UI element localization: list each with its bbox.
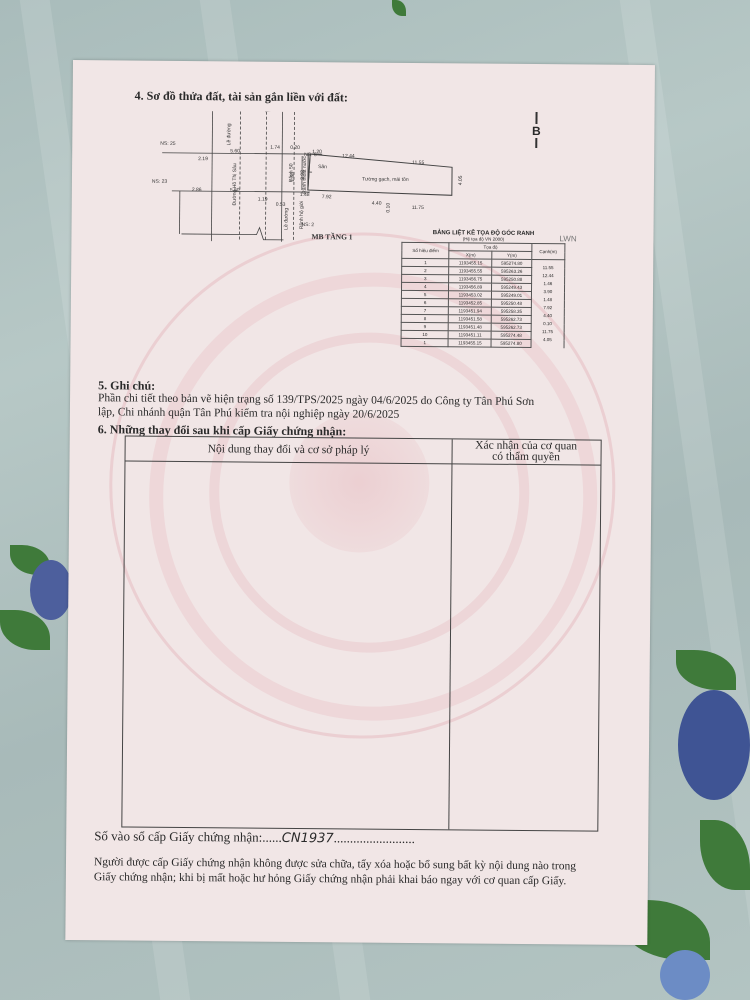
column-divider — [448, 439, 452, 829]
cert-number-line: Số vào sổ cấp Giấy chứng nhận:......CN19… — [94, 828, 415, 848]
plan-label: MB TẦNG 1 — [311, 232, 352, 241]
coordinate-table-block: BẢNG LIỆT KÊ TỌA ĐỘ GÓC RANH (Hệ tọa độ … — [401, 230, 566, 348]
dim-label: 1.74 — [270, 145, 280, 151]
changes-col-confirmation: Xác nhận của cơ quan có thẩm quyền — [451, 439, 600, 464]
cell-y: 595274.80 — [491, 339, 530, 347]
parcel-drawing — [161, 111, 522, 244]
dim-label: 12.44 — [342, 153, 355, 159]
cell-edge: 1.48 — [531, 296, 564, 304]
cell-edge: 3.90 — [531, 288, 564, 296]
cell-edge: 0.10 — [531, 320, 564, 328]
dim-label: 11.75 — [412, 205, 424, 211]
changes-col-confirmation-line2: có thẩm quyền — [452, 451, 601, 463]
north-arrow: B — [530, 124, 542, 138]
dim-label: 1.50 — [290, 172, 296, 182]
coordinate-row: 11193455.15595274.804.05 — [401, 338, 564, 347]
col-edge: Cạnh(m) — [531, 244, 564, 260]
parcel-map: NS: 25 NS: 23 NS: 6 NS: 2 Đường Hồ Thị S… — [161, 111, 522, 244]
flower-decoration — [678, 690, 750, 800]
dim-label: 0.53 — [276, 202, 286, 208]
dim-label: 3.92 — [300, 170, 306, 180]
dim-label: 0.20 — [290, 145, 300, 151]
leaf-decoration — [392, 0, 406, 16]
cell-point: 1 — [401, 338, 449, 346]
porch-label: Sân — [318, 164, 327, 170]
dim-label: 2.19 — [198, 156, 208, 162]
neighbor-label: NS: 23 — [152, 179, 167, 185]
dim-label: 0.10 — [386, 203, 392, 213]
dim-label: 4.05 — [458, 175, 464, 185]
cert-number-value: CN1937 — [282, 831, 334, 846]
col-point: Số hiệu điểm — [402, 242, 450, 258]
ditch-label: Rãnh hộ giới — [299, 201, 305, 230]
cell-edge: 7.92 — [531, 304, 564, 312]
cell-edge: 12.44 — [531, 272, 564, 280]
dim-label: 1.19 — [258, 197, 268, 203]
flower-decoration — [660, 950, 710, 1000]
building-label: Tường gạch, mái tôn — [362, 177, 409, 183]
dim-label: 11.55 — [412, 160, 424, 166]
warning-line2: Giấy chứng nhận; khi bị mất hoặc hư hỏng… — [94, 870, 567, 888]
cell-edge: 11.75 — [531, 328, 564, 336]
cell-edge: 11.55 — [531, 264, 564, 272]
changes-col-content: Nội dung thay đổi và cơ sở pháp lý — [126, 436, 452, 463]
dim-label: 5.60 — [230, 148, 240, 154]
section5-text-line2: lập, Chi nhánh quận Tân Phú kiểm tra nội… — [98, 405, 399, 422]
dim-label: 7.92 — [322, 194, 332, 200]
cell-edge: 4.05 — [531, 336, 564, 344]
cell-x: 1193455.15 — [448, 339, 491, 347]
flower-decoration — [30, 560, 72, 620]
changes-table-header: Nội dung thay đổi và cơ sở pháp lý Xác n… — [125, 436, 600, 465]
sidewalk-label: Lề đường — [226, 123, 232, 145]
dim-label: 4.40 — [372, 201, 382, 207]
sidewalk-label: Lề đường — [283, 208, 289, 230]
dim-label: 1.48 — [300, 192, 310, 198]
dim-label: 2.86 — [192, 187, 202, 193]
dim-label: 1.20 — [312, 149, 322, 155]
certificate-page: 4. Sơ đồ thửa đất, tài sản gắn liền với … — [65, 60, 655, 945]
dim-label: 5.60 — [230, 187, 240, 193]
changes-table: Nội dung thay đổi và cơ sở pháp lý Xác n… — [121, 435, 601, 831]
cell-edge: 1.46 — [531, 280, 564, 288]
neighbor-label: NS: 25 — [160, 141, 175, 147]
cert-number-trail: ......................... — [334, 830, 415, 846]
coordinate-table: Số hiệu điểm Tọa độ Cạnh(m) X(m) Y(m) 11… — [401, 242, 566, 348]
road-label: Đường Hồ Thị Sâu — [232, 163, 238, 205]
section4-title: 4. Sơ đồ thửa đất, tài sản gắn liền với … — [135, 89, 348, 106]
cell-edge: 4.40 — [531, 312, 564, 320]
cert-number-label: Số vào sổ cấp Giấy chứng nhận:...... — [94, 828, 282, 845]
